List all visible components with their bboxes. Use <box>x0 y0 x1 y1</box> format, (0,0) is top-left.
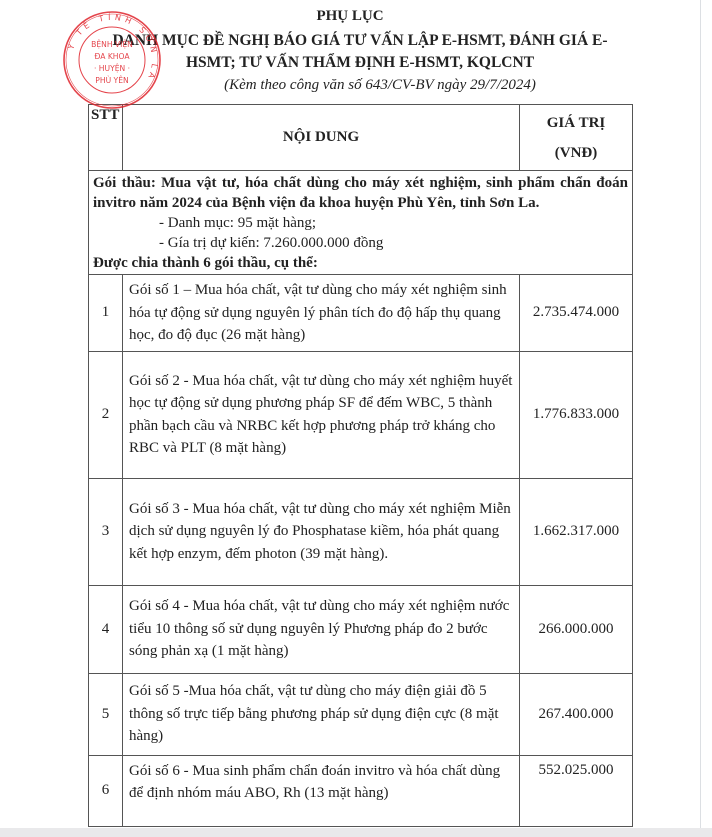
stamp-line-1: BỆNH VIỆN <box>91 40 133 49</box>
reference-subtitle: (Kèm theo công văn số 643/CV-BV ngày 29/… <box>150 77 610 94</box>
table-row: 2 Gói số 2 - Mua hóa chất, vật tư dùng c… <box>89 351 633 478</box>
table-row: 3 Gói số 3 - Mua hóa chất, vật tư dùng c… <box>89 478 633 585</box>
row-content: Gói số 6 - Mua sinh phẩm chẩn đoán invit… <box>123 755 520 826</box>
viewer-margin <box>701 0 712 828</box>
header-value: GIÁ TRỊ (VNĐ) <box>520 105 633 171</box>
row-value: 552.025.000 <box>520 755 633 826</box>
heading-line-2: HSMT; TƯ VẤN THẨM ĐỊNH E-HSMT, KQLCNT <box>90 52 630 74</box>
package-description: Gói thầu: Mua vật tư, hóa chất dùng cho … <box>93 173 628 213</box>
document-heading: DANH MỤC ĐỀ NGHỊ BÁO GIÁ TƯ VẤN LẬP E-HS… <box>90 30 630 74</box>
row-stt: 4 <box>89 585 123 673</box>
row-stt: 6 <box>89 755 123 826</box>
intro-cell: Gói thầu: Mua vật tư, hóa chất dùng cho … <box>89 171 633 275</box>
row-stt: 1 <box>89 275 123 352</box>
table-row: 5 Gói số 5 -Mua hóa chất, vật tư dùng ch… <box>89 673 633 755</box>
price-table: STT NỘI DUNG GIÁ TRỊ (VNĐ) Gói thầu: Mua… <box>88 104 633 827</box>
row-content: Gói số 3 - Mua hóa chất, vật tư dùng cho… <box>123 478 520 585</box>
row-content: Gói số 5 -Mua hóa chất, vật tư dùng cho … <box>123 673 520 755</box>
header-stt: STT <box>89 105 123 171</box>
stamp-line-3: · HUYỆN · <box>94 64 130 73</box>
heading-line-1: DANH MỤC ĐỀ NGHỊ BÁO GIÁ TƯ VẤN LẬP E-HS… <box>90 30 630 52</box>
row-value: 267.400.000 <box>520 673 633 755</box>
row-value: 266.000.000 <box>520 585 633 673</box>
document-page: PHỤ LỤC DANH MỤC ĐỀ NGHỊ BÁO GIÁ TƯ VẤN … <box>0 0 701 828</box>
intro-row: Gói thầu: Mua vật tư, hóa chất dùng cho … <box>89 171 633 275</box>
header-content: NỘI DUNG <box>123 105 520 171</box>
table-row: 1 Gói số 1 – Mua hóa chất, vật tư dùng c… <box>89 275 633 352</box>
row-content: Gói số 4 - Mua hóa chất, vật tư dùng cho… <box>123 585 520 673</box>
header-value-line-2: (VNĐ) <box>520 138 632 168</box>
table-row: 6 Gói số 6 - Mua sinh phẩm chẩn đoán inv… <box>89 755 633 826</box>
official-stamp: Y TẾ TỈNH SƠN LA BỆNH VIỆN ĐA KHOA · HUY… <box>62 10 162 110</box>
intro-bullet: - Gía trị dự kiến: 7.260.000.000 đồng <box>93 233 628 253</box>
row-stt: 5 <box>89 673 123 755</box>
row-value: 1.662.317.000 <box>520 478 633 585</box>
intro-bullet: - Danh mục: 95 mặt hàng; <box>93 213 628 233</box>
table-row: 4 Gói số 4 - Mua hóa chất, vật tư dùng c… <box>89 585 633 673</box>
row-value: 2.735.474.000 <box>520 275 633 352</box>
stamp-line-4: PHÙ YÊN <box>95 76 128 85</box>
split-note: Được chia thành 6 gói thầu, cụ thể: <box>93 253 628 273</box>
header-value-line-1: GIÁ TRỊ <box>520 108 632 138</box>
row-content: Gói số 1 – Mua hóa chất, vật tư dùng cho… <box>123 275 520 352</box>
stamp-line-2: ĐA KHOA <box>94 52 130 61</box>
row-content: Gói số 2 - Mua hóa chất, vật tư dùng cho… <box>123 351 520 478</box>
row-stt: 3 <box>89 478 123 585</box>
row-stt: 2 <box>89 351 123 478</box>
table-header-row: STT NỘI DUNG GIÁ TRỊ (VNĐ) <box>89 105 633 171</box>
row-value: 1.776.833.000 <box>520 351 633 478</box>
